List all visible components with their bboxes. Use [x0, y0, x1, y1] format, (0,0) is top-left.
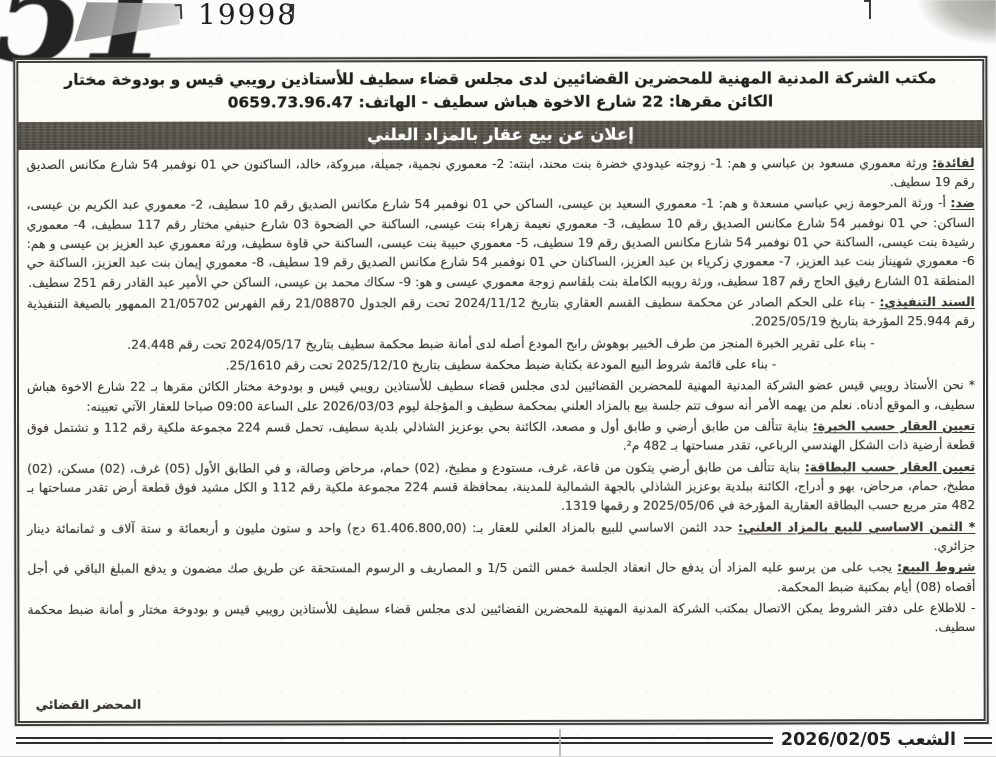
- section-label: تعيين العقار حسب الخبرة:: [813, 418, 975, 433]
- notice-section: تعيين العقار حسب الخبرة: بناية تتألف من …: [27, 416, 975, 457]
- auction-notice-box: مكتب الشركة المدنية المهنية للمحضرين الق…: [13, 56, 988, 726]
- section-label: * الثمن الاساسي للبيع بالمزاد العلني:: [738, 519, 975, 534]
- newspaper-name: الشعب: [897, 730, 956, 750]
- section-label: ضد:: [950, 195, 974, 210]
- notice-body: لفائدة: ورثة معموري مسعود بن عباسي و هم:…: [18, 147, 983, 640]
- tick-mark: [869, 0, 871, 19]
- masthead-issue-number: 19998: [198, 0, 297, 31]
- notice-section: - بناء على قائمة شروط البيع المودعة بكتا…: [27, 354, 975, 375]
- footer-text: الشعب 2026/02/05: [781, 730, 956, 750]
- notice-section: شروط البيع: يجب على من يرسو عليه المزاد …: [27, 557, 975, 598]
- office-title: مكتب الشركة المدنية المهنية للمحضرين الق…: [42, 67, 958, 92]
- office-address: الكائن مقرها: 22 شارع الاخوة هباش سطيف -…: [42, 90, 958, 115]
- notice-section: - بناء على تقرير الخبرة المنجز من طرف ال…: [27, 333, 975, 354]
- footer-rule-left: [16, 737, 773, 744]
- tick-mark: [180, 4, 183, 19]
- section-label: السند التنفيذي:: [879, 294, 974, 309]
- notice-section: - للاطلاع على دفتر الشروط يمكن الاتصال ب…: [27, 598, 975, 639]
- section-label: شروط البيع:: [897, 559, 975, 574]
- scan-smudge-artifact: [918, 0, 996, 44]
- publication-date: 2026/02/05: [781, 730, 891, 750]
- bailiff-signature: المحضر القضائي: [36, 698, 142, 713]
- notice-section: * نحن الأستاذ رويبي قيس عضو الشركة المدن…: [27, 375, 975, 416]
- newspaper-footer: الشعب 2026/02/05: [16, 728, 992, 752]
- notice-section: * الثمن الاساسي للبيع بالمزاد العلني: حد…: [27, 517, 975, 558]
- scan-mark-artifact: [559, 729, 561, 756]
- section-label: لفائدة:: [932, 155, 974, 170]
- section-label: تعيين العقار حسب البطاقة:: [805, 459, 975, 474]
- notice-section: لفائدة: ورثة معموري مسعود بن عباسي و هم:…: [27, 153, 975, 194]
- notice-section: ضد: أ- ورثة المرحومة زبي عباسي مسعدة و ه…: [27, 193, 975, 292]
- office-header: مكتب الشركة المدنية المهنية للمحضرين الق…: [18, 61, 982, 118]
- newspaper-scan-page: 51 19998 مكتب الشركة المدنية المهنية للم…: [0, 0, 996, 757]
- notice-section: تعيين العقار حسب البطاقة: بناية تتألف من…: [27, 457, 975, 517]
- footer-rule-right: [964, 737, 992, 744]
- notice-section: السند التنفيذي: - بناء على الحكم الصادر …: [27, 292, 975, 333]
- notice-title-banner: إعلان عن بيع عقار بالمزاد العلني: [18, 119, 982, 149]
- notice-title: إعلان عن بيع عقار بالمزاد العلني: [367, 125, 634, 145]
